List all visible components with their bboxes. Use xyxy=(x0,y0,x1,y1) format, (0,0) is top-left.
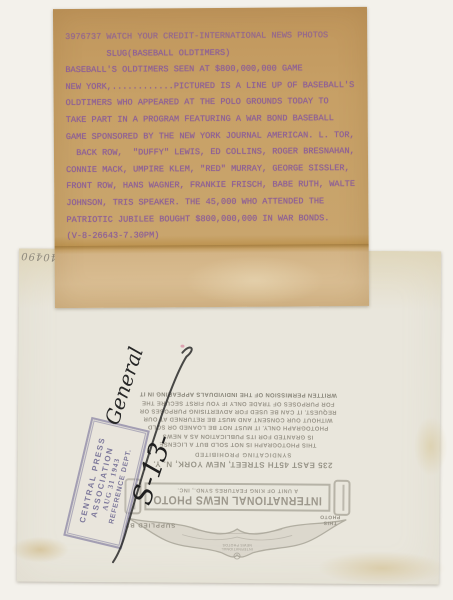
stain xyxy=(414,416,448,476)
caption-line: NEW YORK,............PICTURED IS A LINE … xyxy=(65,77,361,96)
caption-line: GAME SPONSORED BY THE NEW YORK JOURNAL A… xyxy=(66,127,362,146)
caption-line: BASEBALL'S OLDTIMERS SEEN AT $800,000,00… xyxy=(65,60,361,79)
handwritten-prefix: S-13- xyxy=(127,430,179,508)
this-photo-line1: THIS xyxy=(323,520,337,526)
fold-crease xyxy=(55,244,369,250)
caption-line: BACK ROW, "DUFFY" LEWIS, ED COLLINS, ROG… xyxy=(66,143,362,162)
handwritten-word: General xyxy=(100,344,148,428)
caption-line: (V-8-26643-7.30PM) xyxy=(66,226,362,245)
pencil-number: 40490 xyxy=(23,250,57,262)
caption-line: JOHNSON, TRIS SPEAKER. THE 45,000 WHO AT… xyxy=(66,193,362,212)
caption-line: SLUG(BASEBALL OLDTIMERS) xyxy=(65,44,361,63)
typed-caption: 3976737 WATCH YOUR CREDIT-INTERNATIONAL … xyxy=(65,27,362,245)
caption-line: OLDTIMERS WHO APPEARED AT THE POLO GROUN… xyxy=(66,93,362,112)
stain xyxy=(11,536,69,562)
eagle-caption-line2: NEWS PHOTOS xyxy=(222,543,252,547)
caption-line: FRONT ROW, HANS WAGNER, FRANKIE FRISCH, … xyxy=(66,176,362,195)
photographed-documents: 40490 INTERNATIONAL NEWS PHOTOS THIS PHO… xyxy=(0,0,453,600)
scroll-end-icon xyxy=(334,480,351,516)
caption-line: 3976737 WATCH YOUR CREDIT-INTERNATIONAL … xyxy=(65,27,361,46)
handwritten-notation: General S-13- xyxy=(77,334,219,585)
eagle-caption-line1: INTERNATIONAL xyxy=(221,547,253,551)
caption-line: PATRIOTIC JUBILEE BOUGHT $800,000,000 IN… xyxy=(66,209,362,228)
caption-slip: 3976737 WATCH YOUR CREDIT-INTERNATIONAL … xyxy=(53,7,369,308)
caption-line: CONNIE MACK, UMPIRE KLEM, "RED" MURRAY, … xyxy=(66,160,362,179)
caption-line: TAKE PART IN A PROGRAM FEATURING A WAR B… xyxy=(66,110,362,129)
flap-stain xyxy=(185,255,325,306)
